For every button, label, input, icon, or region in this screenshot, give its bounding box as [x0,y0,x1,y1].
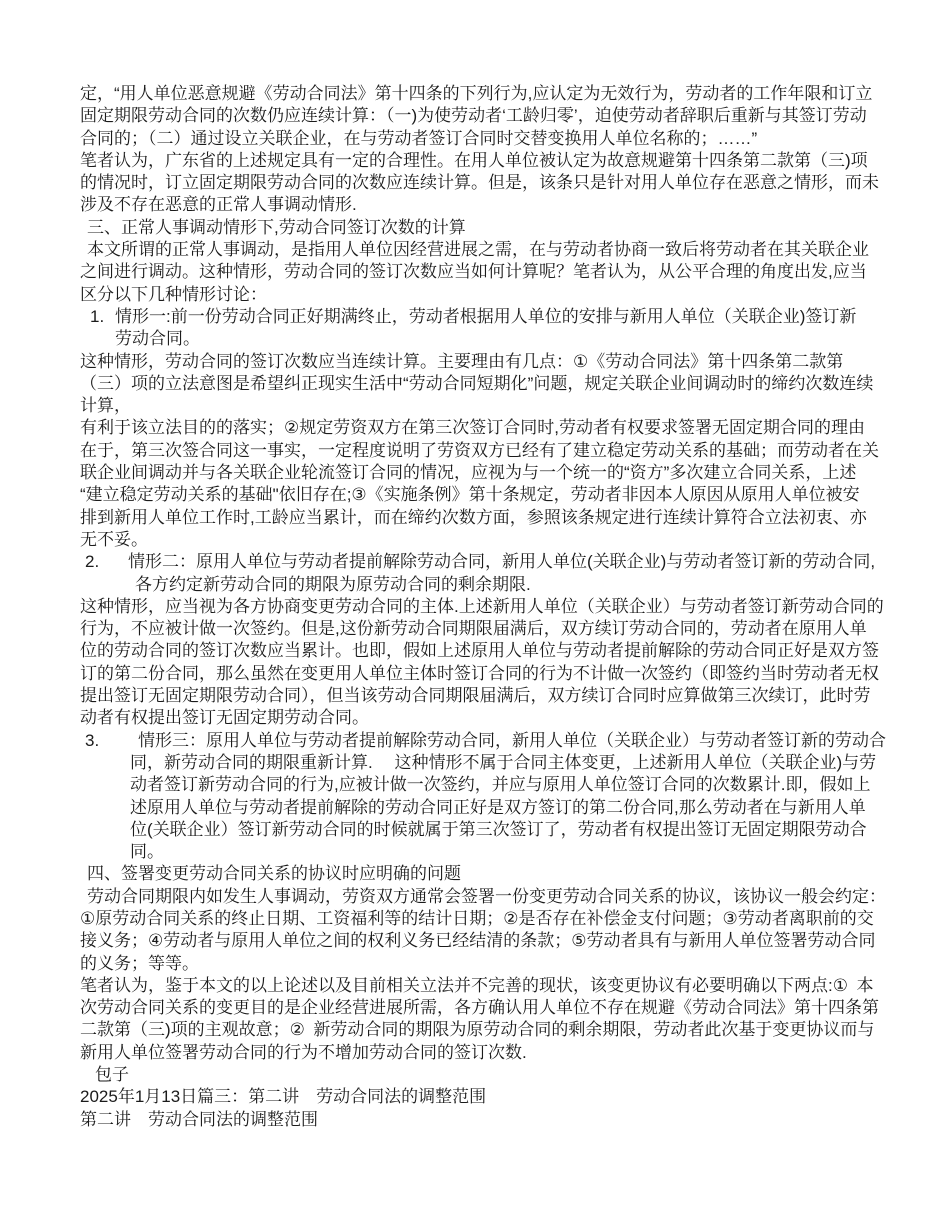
text-line: 二款第（三)项的主观故意；② 新劳动合同的期限为原劳动合同的剩余期限，劳动者此次… [80,1019,930,1041]
text-line: “建立稳定劳动关系的基础"依旧存在;③《实施条例》第十条规定，劳动者非因本人原因… [80,484,930,506]
list-item-text: 情形二：原用人单位与劳动者提前解除劳动合同，新用人单位(关联企业)与劳动者签订新… [128,551,875,573]
text-line: 无不妥。 [80,529,930,551]
list-item-continuation: 各方约定新劳动合同的期限为原劳动合同的剩余期限. [80,574,930,596]
text-line: ①原劳动合同关系的终止日期、工资福利等的结计日期；②是否存在补偿金支付问题；③劳… [80,908,930,930]
text-line: 涉及不存在恶意的正常人事调动情形. [80,194,930,216]
list-item-continuation: 同，新劳动合同的期限重新计算. 这种情形不属于合同主体变更，上述新用人单位（关联… [80,752,930,774]
list-item-2: 2. 情形二：原用人单位与劳动者提前解除劳动合同，新用人单位(关联企业)与劳动者… [80,551,930,573]
list-item-number: 1. [90,306,115,328]
list-item-text: 情形一:前一份劳动合同正好期满终止，劳动者根据用人单位的安排与新用人单位（关联企… [115,306,856,328]
text-line: 笔者认为，广东省的上述规定具有一定的合理性。在用人单位被认定为故意规避第十四条第… [80,150,930,172]
next-section-title: 第二讲 劳动合同法的调整范围 [80,1109,930,1131]
text-line: （三）项的立法意图是希望纠正现实生活中“劳动合同短期化”问题，规定关联企业间调动… [80,373,930,395]
text-line: 定，“用人单位恶意规避《劳动合同法》第十四条的下列行为,应认定为无效行为，劳动者… [80,83,930,105]
text-line: 本文所谓的正常人事调动，是指用人单位因经营进展之需，在与劳动者协商一致后将劳动者… [80,239,930,261]
text-line: 这种情形，劳动合同的签订次数应当连续计算。主要理由有几点：①《劳动合同法》第十四… [80,351,930,373]
text-line: 笔者认为，鉴于本文的以上论述以及目前相关立法并不完善的现状，该变更协议有必要明确… [80,975,930,997]
text-line: 固定期限劳动合同的次数仍应连续计算：（一)为使劳动者‘工龄归零’，迫使劳动者辞职… [80,105,930,127]
text-line: 在于，第三次签合同这一事实，一定程度说明了劳资双方已经有了建立稳定劳动关系的基础… [80,440,930,462]
document-page: 定，“用人单位恶意规避《劳动合同法》第十四条的下列行为,应认定为无效行为，劳动者… [0,0,950,1230]
text-line: 订的第二份合同，那么虽然在变更用人单位主体时签订合同的行为不计做一次签约（即签约… [80,663,930,685]
list-item-continuation: 位(关联企业）签订新劳动合同的时候就属于第三次签订了，劳动者有权提出签订无固定期… [80,819,930,841]
author-signature: 包子 [80,1064,930,1086]
section-heading-four: 四、签署变更劳动合同关系的协议时应明确的问题 [80,863,930,885]
section-heading-three: 三、正常人事调动情形下,劳动合同签订次数的计算 [80,217,930,239]
list-item-number: 3. [85,730,138,752]
list-item-number: 2. [85,551,128,573]
text-line: 接义务；④劳动者与原用人单位之间的权利义务已经结清的条款；⑤劳动者具有与新用人单… [80,930,930,952]
text-line: 计算， [80,395,930,417]
text-line: 次劳动合同关系的变更目的是企业经营进展所需，各方确认用人单位不存在规避《劳动合同… [80,997,930,1019]
text-line: 联企业间调动并与各关联企业轮流签订合同的情况，应视为与一个统一的“资方”多次建立… [80,462,930,484]
text-line: 这种情形，应当视为各方协商变更劳动合同的主体.上述新用人单位（关联企业）与劳动者… [80,596,930,618]
text-line: 位的劳动合同的签订次数应当累计。也即，假如上述原用人单位与劳动者提前解除的劳动合… [80,640,930,662]
date-and-next-section-title: 2025年1月13日篇三：第二讲 劳动合同法的调整范围 [80,1086,930,1108]
list-item-continuation: 同。 [80,841,930,863]
list-item-1: 1. 情形一:前一份劳动合同正好期满终止，劳动者根据用人单位的安排与新用人单位（… [80,306,930,328]
list-item-continuation: 述原用人单位与劳动者提前解除的劳动合同正好是双方签订的第二份合同,那么劳动者在与… [80,797,930,819]
list-item-text: 情形三：原用人单位与劳动者提前解除劳动合同，新用人单位（关联企业）与劳动者签订新… [138,730,886,752]
text-line: 合同的；（二）通过设立关联企业，在与劳动者签订合同时交替变换用人单位名称的；……… [80,128,930,150]
list-item-continuation: 劳动合同。 [80,328,930,350]
text-content: 定，“用人单位恶意规避《劳动合同法》第十四条的下列行为,应认定为无效行为，劳动者… [80,83,930,1131]
text-line: 提出签订无固定期限劳动合同），但当该劳动合同期限届满后，双方续订合同时应算做第三… [80,685,930,707]
text-line: 之间进行调动。这种情形，劳动合同的签订次数应当如何计算呢？笔者认为，从公平合理的… [80,261,930,283]
text-line: 动者有权提出签订无固定期劳动合同。 [80,707,930,729]
list-item-3: 3. 情形三：原用人单位与劳动者提前解除劳动合同，新用人单位（关联企业）与劳动者… [80,730,930,752]
text-line: 的情况时，订立固定期限劳动合同的次数应连续计算。但是，该条只是针对用人单位存在恶… [80,172,930,194]
text-line: 有利于该立法目的的落实；②规定劳资双方在第三次签订合同时,劳动者有权要求签署无固… [80,417,930,439]
text-line: 排到新用人单位工作时,工龄应当累计，而在缔约次数方面，参照该条规定进行连续计算符… [80,507,930,529]
text-line: 区分以下几种情形讨论： [80,284,930,306]
text-line: 劳动合同期限内如发生人事调动，劳资双方通常会签署一份变更劳动合同关系的协议，该协… [80,886,930,908]
list-item-continuation: 动者签订新劳动合同的行为,应被计做一次签约，并应与原用人单位签订合同的次数累计.… [80,774,930,796]
text-line: 行为，不应被计做一次签约。但是,这份新劳动合同期限届满后，双方续订劳动合同的，劳… [80,618,930,640]
text-line: 的义务；等等。 [80,953,930,975]
text-line: 新用人单位签署劳动合同的行为不增加劳动合同的签订次数. [80,1042,930,1064]
